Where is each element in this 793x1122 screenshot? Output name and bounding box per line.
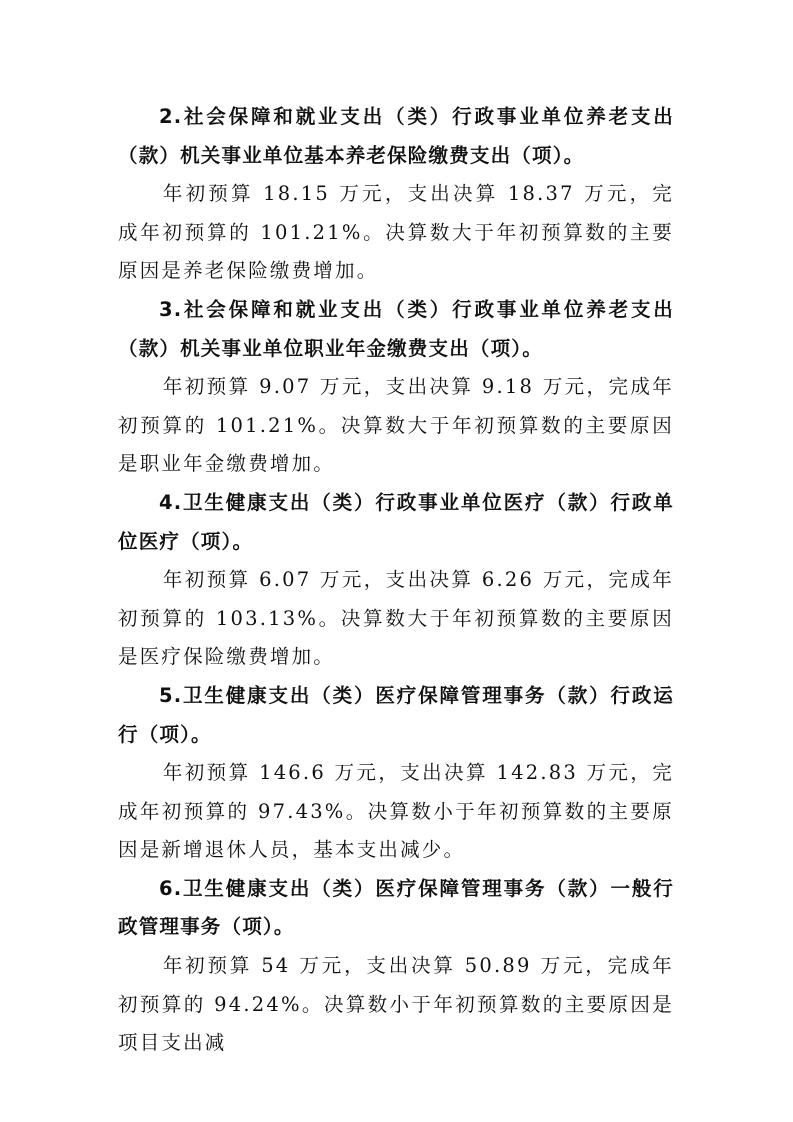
section-body: 年初预算 6.07 万元，支出决算 6.26 万元，完成年初预算的 103.13… bbox=[118, 561, 674, 677]
section-heading: 2.社会保障和就业支出（类）行政事业单位养老支出（款）机关事业单位基本养老保险缴… bbox=[118, 98, 674, 175]
section-item-6: 6.卫生健康支出（类）医疗保障管理事务（款）一般行政管理事务（项）。 年初预算 … bbox=[118, 870, 674, 1063]
section-heading: 6.卫生健康支出（类）医疗保障管理事务（款）一般行政管理事务（项）。 bbox=[118, 870, 674, 947]
section-body: 年初预算 54 万元，支出决算 50.89 万元，完成年初预算的 94.24%。… bbox=[118, 947, 674, 1063]
section-item-5: 5.卫生健康支出（类）医疗保障管理事务（款）行政运行（项）。 年初预算 146.… bbox=[118, 677, 674, 870]
section-body: 年初预算 146.6 万元，支出决算 142.83 万元，完成年初预算的 97.… bbox=[118, 754, 674, 870]
section-heading: 5.卫生健康支出（类）医疗保障管理事务（款）行政运行（项）。 bbox=[118, 677, 674, 754]
section-heading: 4.卫生健康支出（类）行政事业单位医疗（款）行政单位医疗（项）。 bbox=[118, 484, 674, 561]
section-body: 年初预算 18.15 万元，支出决算 18.37 万元，完成年初预算的 101.… bbox=[118, 175, 674, 291]
section-item-4: 4.卫生健康支出（类）行政事业单位医疗（款）行政单位医疗（项）。 年初预算 6.… bbox=[118, 484, 674, 677]
section-item-3: 3.社会保障和就业支出（类）行政事业单位养老支出（款）机关事业单位职业年金缴费支… bbox=[118, 291, 674, 484]
section-item-2: 2.社会保障和就业支出（类）行政事业单位养老支出（款）机关事业单位基本养老保险缴… bbox=[118, 98, 674, 291]
document-page: 2.社会保障和就业支出（类）行政事业单位养老支出（款）机关事业单位基本养老保险缴… bbox=[118, 98, 674, 1063]
section-heading: 3.社会保障和就业支出（类）行政事业单位养老支出（款）机关事业单位职业年金缴费支… bbox=[118, 291, 674, 368]
section-body: 年初预算 9.07 万元，支出决算 9.18 万元，完成年初预算的 101.21… bbox=[118, 368, 674, 484]
